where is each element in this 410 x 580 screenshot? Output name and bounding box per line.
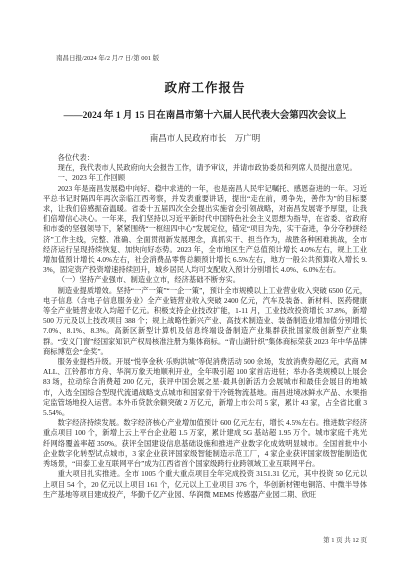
- document-page: 南昌日报/2024 年/2 月/7 日/第 001 版 政府工作报告 ——202…: [0, 0, 410, 580]
- subtitle: ——2024 年 1 月 15 日在南昌市第十六届人民代表大会第四次会议上: [43, 107, 367, 121]
- review-overview-paragraph: 2023 年是南昌发展稳中向好、稳中求进的一年，也是南昌人民牢记嘱托、感恩奋进的…: [43, 184, 367, 276]
- manufacturing-paragraph: 制造业提质增效。坚持“一产一策”“一企一策”，预计全市规模以上工业营业收入突破 …: [43, 286, 367, 357]
- major-projects-paragraph: 重大项目扎实推进。全市 1005 个重大重点项目全年完成投资 3151.31 亿…: [43, 469, 367, 500]
- masthead: 南昌日报/2024 年/2 月/7 日/第 001 版: [56, 55, 367, 63]
- page-number: 第 1 页 共 12 页: [323, 535, 367, 544]
- services-paragraph: 服务业提档升级。开展“悦享金秋·乐购洪城”等促消费活动 500 余场，发放消费券…: [43, 357, 367, 418]
- opening-paragraph: 现在，我代表市人民政府向大会报告工作，请予审议，并请市政协委员和列席人员提出意见…: [43, 163, 367, 173]
- byline: 南昌市人民政府市长 万广明: [43, 132, 367, 144]
- digital-economy-paragraph: 数字经济持续发展。数字经济核心产业增加值预计 600 亿元左右，增长 4.5%左…: [43, 418, 367, 469]
- report-body: 各位代表：现在，我代表市人民政府向大会报告工作，请予审议，并请市政协委员和列席人…: [43, 153, 367, 500]
- salutation: 各位代表：: [43, 153, 367, 163]
- page-title: 政府工作报告: [43, 78, 367, 96]
- section-heading-2023-review: 一、2023 年工作回顾: [43, 173, 367, 183]
- subsection-heading-industry: （一）坚持产业强市、制造业立市，经济基础不断夯实。: [43, 275, 367, 285]
